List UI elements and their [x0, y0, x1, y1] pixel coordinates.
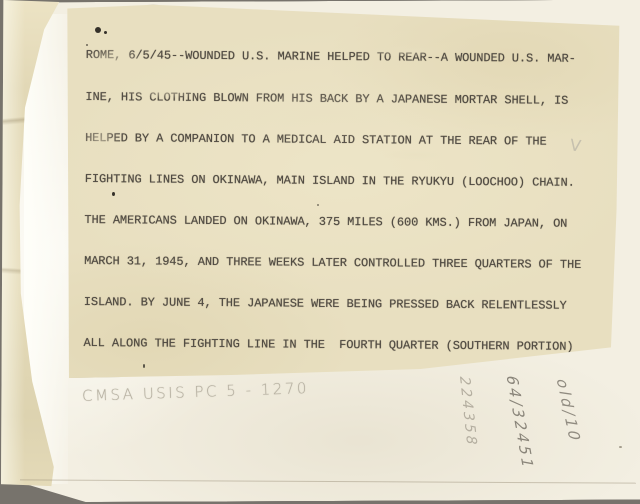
caption-line: FIGHTING LINES ON OKINAWA, MAIN ISLAND I… [85, 173, 601, 191]
ink-speck [143, 364, 145, 368]
scan-background: { "caption": { "lines": [ "ROME, 6/5/45-… [0, 0, 640, 504]
caption-sheet: ROME, 6/5/45--WOUNDED U.S. MARINE HELPED… [64, 4, 621, 378]
caption-line: ROME, 6/5/45--WOUNDED U.S. MARINE HELPED… [86, 49, 602, 67]
ink-speck [95, 27, 101, 33]
caption-line: MARCH 31, 1945, AND THREE WEEKS LATER CO… [84, 255, 600, 273]
ink-speck [317, 204, 319, 206]
ink-speck [112, 192, 115, 196]
ink-speck [619, 446, 622, 448]
ink-speck [86, 44, 88, 46]
caption-line: THE AMERICANS LANDED ON OKINAWA, 375 MIL… [84, 214, 600, 232]
caption-line: ALL ALONG THE FIGHTING LINE IN THE FOURT… [83, 337, 599, 355]
ink-speck [104, 31, 107, 34]
caption-line: HELPED BY A COMPANION TO A MEDICAL AID S… [85, 132, 601, 150]
caption-line: INE, HIS CLOTHING BLOWN FROM HIS BACK BY… [85, 90, 601, 108]
caption-line: ISLAND. BY JUNE 4, THE JAPANESE WERE BEI… [84, 296, 600, 314]
